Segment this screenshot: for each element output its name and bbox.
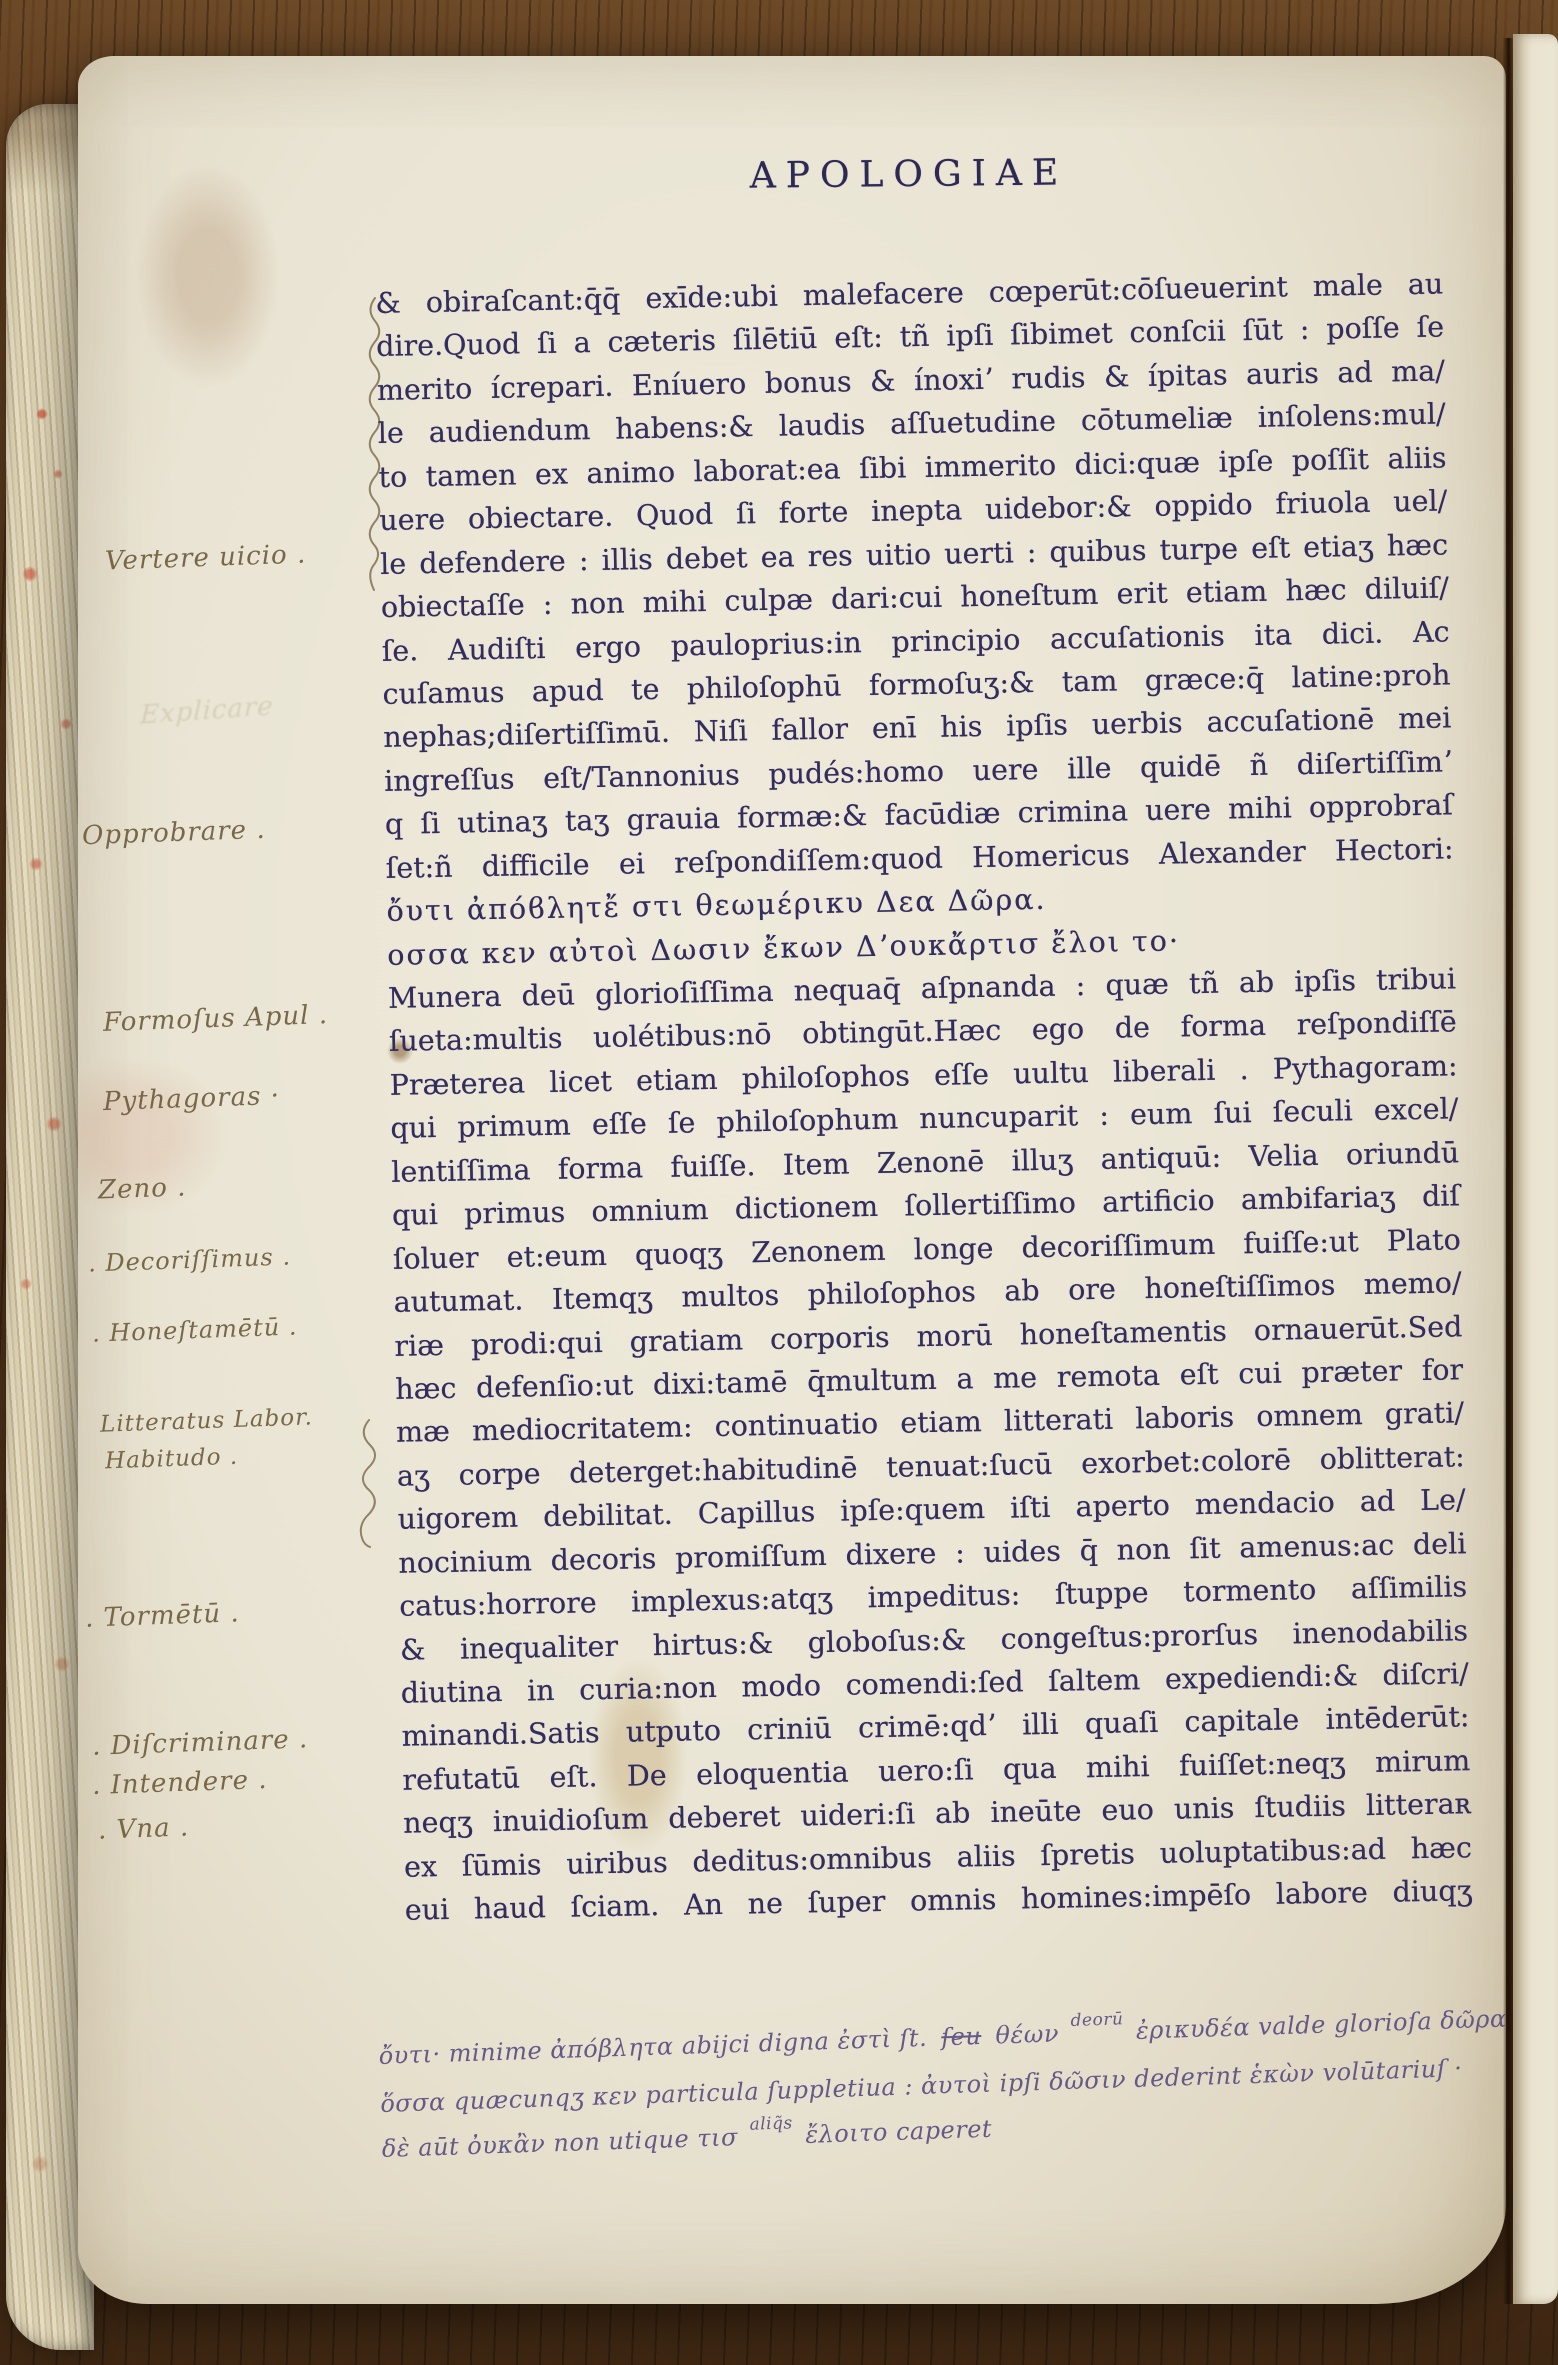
book-photo: APOLOGIAE & obiraſcant:q̄q̄ exīde:ubi ma…	[0, 0, 1558, 2365]
annotation-1-pre: ὄυτι· minime ἀπόβλητα abijci digna ἐστὶ …	[378, 2024, 927, 2070]
facing-page-edge	[1513, 34, 1558, 2304]
annotation-1-mid: θέων	[995, 2019, 1059, 2049]
annotation-3-post: ἔλοιτο caperet	[805, 2115, 993, 2149]
annotation-3-pre: δὲ aūt ὀυκἂν non utique τισ	[381, 2123, 738, 2163]
annotation-1-struck: ſeu	[941, 2022, 982, 2051]
margin-note-pythagoras: Pythagoras ·	[103, 1081, 281, 1117]
margin-note-showthrough: Explicare	[140, 691, 275, 730]
margin-note-vna: . Vna .	[98, 1812, 190, 1845]
margin-note-discriminare: . Diſcriminare .	[92, 1724, 309, 1762]
book-page: APOLOGIAE & obiraſcant:q̄q̄ exīde:ubi ma…	[78, 56, 1506, 2304]
book-gutter	[1503, 38, 1513, 2304]
margin-note-honestamentu: . Honeſtamētū .	[92, 1312, 298, 1347]
marginal-brace-icon	[354, 1418, 380, 1554]
printed-text-block: & obiraſcant:q̄q̄ exīde:ubi malefacere c…	[375, 262, 1473, 1932]
margin-note-decorissimus: . Decoriſſimus .	[88, 1242, 292, 1277]
annotation-1-post: ἐρικυδέα valde glorioſa δῶρα munera	[1135, 2001, 1558, 2045]
margin-note-vertere: Vertere uicio .	[105, 539, 307, 576]
margin-note-opprobrare: Opprobrare .	[82, 815, 267, 851]
annotation-3-superscript: aliq̃s	[749, 2113, 793, 2134]
margin-note-litteratus: Litteratus Labor.	[100, 1404, 314, 1437]
margin-note-zeno: Zeno .	[98, 1172, 187, 1205]
running-title: APOLOGIAE	[375, 148, 1443, 200]
annotation-1-superscript: deorū	[1070, 2009, 1123, 2031]
margin-note-intendere: . Intendere .	[92, 1765, 268, 1801]
margin-note-formosus: Formoſus Apul .	[103, 1000, 329, 1038]
margin-note-habitudo: Habitudo .	[105, 1444, 239, 1475]
margin-note-tormetu: . Tormētū .	[85, 1598, 241, 1633]
bottom-annotations: ὄυτι· minime ἀπόβλητα abijci digna ἐστὶ …	[378, 1995, 1558, 2175]
